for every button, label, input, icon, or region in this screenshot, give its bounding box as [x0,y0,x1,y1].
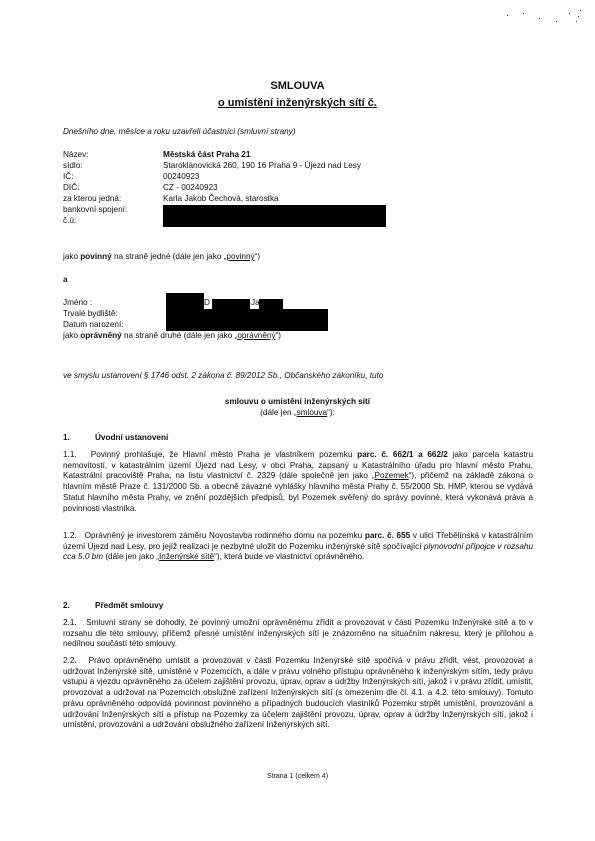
contract-short: (dále jen „smlouva“): [0,408,595,417]
role-text: na straně druhé (dále jen jako „ [122,331,238,340]
paragraph-number: 1.1. [63,450,91,459]
party1-value: Karla Jakob Čechová, starostka [163,194,279,203]
section-title: Předmět smlouvy [95,601,163,610]
paragraph-text: “), která bude ve vlastnictví oprávněnéh… [214,552,364,561]
role-text: jako [63,331,80,340]
paragraph-number: 1.2. [63,531,85,540]
paragraph: 1.1. Povinný prohlašuje, že Hlavní město… [63,450,533,514]
party2-label: Trvalé bydliště: [63,309,118,318]
role-text: “) [276,331,281,340]
paragraph-text: parc. č. 662/1 a 662/2 [357,450,448,459]
section-number: 1. [63,433,95,442]
section-number: 2. [63,601,95,610]
legal-basis: ve smyslu ustanovení § 1746 odst. 2 záko… [63,371,383,380]
section-title: Úvodní ustanovení [95,433,168,442]
role-text: na straně jedné (dále jen jako „ [112,252,227,261]
page-footer: Strana 1 (celkem 4) [0,773,595,780]
party1-label: sídlo: [63,161,83,170]
party2-label: Datum narození: [63,320,124,329]
redaction-bar [166,309,328,331]
party2-role: jako oprávněný na straně druhé (dále jen… [63,331,281,340]
party1-label: bankovní spojení: [63,205,127,214]
paragraph: 2.2. Právo oprávněného umístit a provozo… [63,656,533,731]
paragraph: 1.2. Oprávněný je investorem záměru Novo… [63,531,533,563]
party1-value: 00240923 [163,172,199,181]
section-heading: 2.Předmět smlouvy [63,601,163,610]
party1-label: za kterou jedná: [63,194,121,203]
role-short: oprávněný [237,331,275,340]
party2-label: Jméno : [63,298,92,307]
role-text: “) [255,252,260,261]
paragraph: 2.1. Smluvní strany se dohodly, že povin… [63,618,533,650]
paragraph-text: (dále jen jako „ [103,552,159,561]
paragraph-text: Právo oprávněného umístit a provozovat v… [63,656,533,729]
party2-name-fragment: D [204,298,210,307]
role-bold: oprávněný [80,331,121,340]
section-heading: 1.Úvodní ustanovení [63,433,168,442]
document-title: SMLOUVA [0,80,595,92]
contract-short-text: (dále jen „ [260,408,296,417]
party1-value: Staroklánovická 260, 190 16 Praha 9 - Új… [163,161,361,170]
paragraph-text: Oprávněný je investorem záměru Novostavb… [85,531,365,540]
intro-text: Dnešního dne, měsíce a roku uzavřeli úča… [63,127,296,136]
paragraph-text: Inženýrské sítě [159,552,214,561]
paragraph-number: 2.2. [63,656,89,665]
party1-value: CZ - 00240923 [163,183,218,192]
contract-short-term: smlouva [297,408,328,417]
party1-label: IČ: [63,172,73,181]
party1-label: Název: [63,150,88,159]
redaction-bar [166,293,204,309]
paragraph-number: 2.1. [63,618,86,627]
role-text: jako [63,252,80,261]
redaction-bar [163,205,386,227]
paragraph-text: Pozemek [375,471,409,480]
conjunction-and: a [63,275,68,284]
document-subtitle: o umístění inženýrských sítí č. [0,97,595,109]
paragraph-text: Povinný prohlašuje, že Hlavní město Prah… [91,450,357,459]
contract-name: smlouvu o umístění inženýrských sítí [0,397,595,406]
party1-value: Městská část Praha 21 [163,150,250,159]
redaction-bar [259,299,283,309]
role-short: povinný [226,252,254,261]
party1-label: DIČ: [63,183,79,192]
paragraph-text: parc. č. 655 [365,531,410,540]
role-bold: povinný [80,252,111,261]
contract-short-text: “): [327,408,335,417]
party1-role: jako povinný na straně jedné (dále jen j… [63,252,260,261]
redaction-bar [212,299,250,309]
party1-label: č.ú: [63,216,76,225]
paragraph-text: Smluvní strany se dohodly, že povinný um… [63,618,533,648]
